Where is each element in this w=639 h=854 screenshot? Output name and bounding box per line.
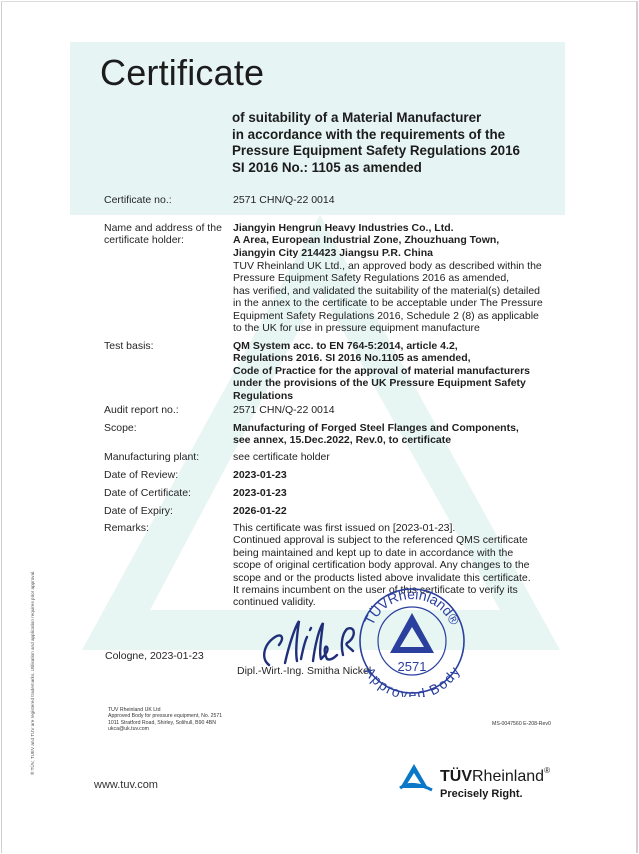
signature-icon [255,615,365,670]
certificate-no-value: 2571 CHN/Q-22 0014 [233,194,553,206]
audit-report-value: 2571 CHN/Q-22 0014 [233,404,553,416]
audit-report-label: Audit report no.: [104,404,232,416]
place-and-date: Cologne, 2023-01-23 [105,650,204,662]
page-title: Certificate [100,52,264,94]
scope-label: Scope: [104,422,232,434]
date-of-certificate-label: Date of Certificate: [104,487,232,499]
approval-statement: TUV Rheinland UK Ltd., an approved body … [233,260,553,334]
signatory-name: Dipl.-Wirt.-Ing. Smitha Nickel [237,665,371,677]
manufacturing-plant-value: see certificate holder [233,451,553,463]
issuer-address: TUV Rheinland UK Ltd Approved Body for p… [108,707,222,733]
remarks-label: Remarks: [104,522,232,534]
test-basis-value: QM System acc. to EN 764-5:2014, article… [233,340,553,402]
date-of-expiry-value: 2026-01-22 [233,505,553,517]
website-link[interactable]: www.tuv.com [94,779,158,791]
issuer-email: ukca@uk.tuv.com [108,726,222,732]
certificate-no-label: Certificate no.: [104,194,232,206]
stamp-number: 2571 [398,659,427,674]
date-of-review-value: 2023-01-23 [233,469,553,481]
approved-body-stamp-icon: TÜVRheinland® Approved Body 2571 [356,585,468,697]
date-of-review-label: Date of Review: [104,469,232,481]
date-of-certificate-value: 2023-01-23 [233,487,553,499]
tagline: Precisely Right. [440,788,523,800]
scope-value: Manufacturing of Forged Steel Flanges an… [233,422,553,447]
holder-value: Jiangyin Hengrun Heavy Industries Co., L… [233,222,553,259]
manufacturing-plant-label: Manufacturing plant: [104,451,232,463]
certificate-subtitle: of suitability of a Material Manufacture… [232,110,520,176]
date-of-expiry-label: Date of Expiry: [104,505,232,517]
tuv-logo-triangle-icon [398,762,434,792]
document-reference: MS-0047560 E-208-Rev0 [492,721,551,727]
trademark-note: ® TÜV, TUEV and TUV are registered trade… [30,571,35,775]
tuv-rheinland-logo: TÜVRheinland® [440,766,550,786]
holder-label: Name and address of the certificate hold… [104,222,232,247]
test-basis-label: Test basis: [104,340,232,352]
